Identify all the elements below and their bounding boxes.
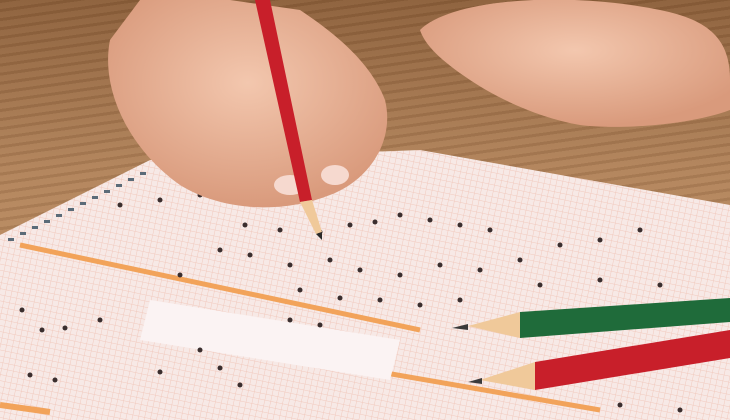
resting-hand	[420, 0, 730, 127]
photo-scene	[0, 0, 730, 420]
scene-illustration	[0, 0, 730, 420]
answer-sheet	[0, 150, 730, 420]
